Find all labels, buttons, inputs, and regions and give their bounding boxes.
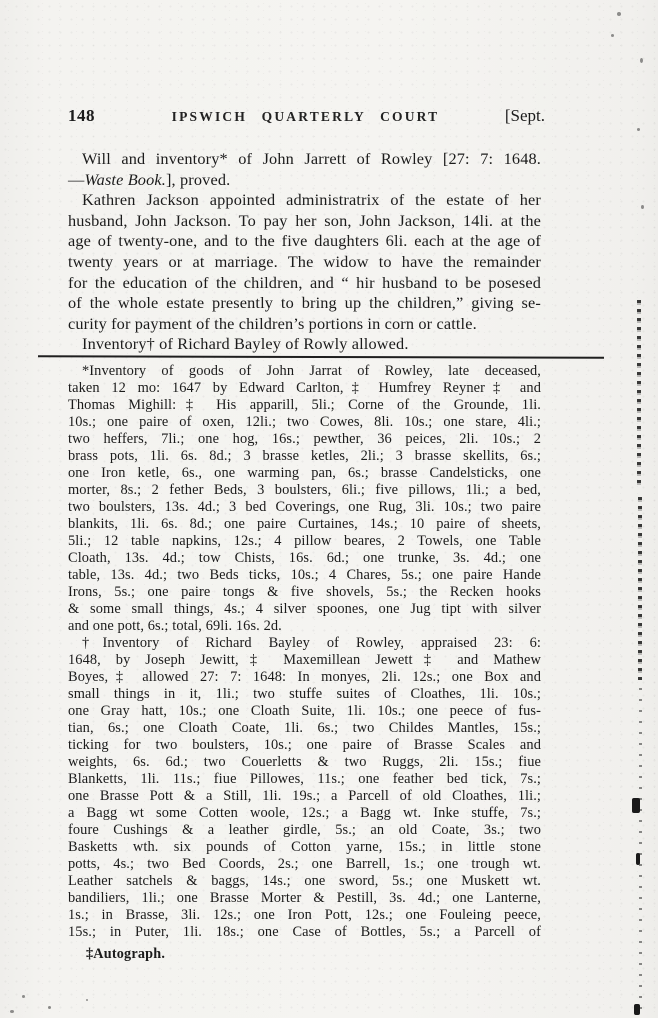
text-line: two boulsters, 13s. 4d.; 3 bed Coverings… [68,499,541,516]
scan-speck-artifact [48,1006,51,1009]
text-line: Leather satchels & baggs, 14s.; one swor… [68,873,541,890]
scan-speck-artifact [22,995,25,998]
scan-blot-artifact [634,1004,640,1015]
running-title: IPSWICH QUARTERLY COURT [138,109,473,125]
main-text: Will and inventory* of John Jarrett of R… [68,149,541,355]
text-line: Basketts wth. six pounds of Cotton yarne… [68,839,541,856]
footnote-separator-rule [38,355,604,358]
text-line: Boyes,‡ allowed 27: 7: 1648: In monyes, … [68,669,541,686]
text-line: curity for payment of the children’s por… [68,314,541,335]
paragraph-inventory-bayley: Inventory† of Richard Bayley of Rowly al… [68,334,541,355]
scan-gutter-artifact [637,300,641,488]
text-line: brass pots, 1li. 6s. 8d.; 3 brasse ketle… [68,448,541,465]
text-line: small things in it, 1li.; two stuffe sui… [68,686,541,703]
text-line: taken 12 mo: 1647 by Edward Carlton,‡ Hu… [68,380,541,397]
scan-speck-artifact [617,12,621,16]
text-line: one Iron ketle, 6s., one warming pan, 6s… [68,465,541,482]
text-line: 1648, by Joseph Jewitt,‡ Maxemillean Jew… [68,652,541,669]
text-line: two heffers, 7li.; one hog, 16s.; pewthe… [68,431,541,448]
footnotes-section: *Inventory of goods of John Jarrat of Ro… [68,363,541,963]
scan-gutter-artifact [638,497,642,680]
scan-speck-artifact [10,1010,14,1013]
text-line: Blanketts, 1li. 11s.; fiue Pillowes, 11s… [68,771,541,788]
text-line: foure Cushings & a leather girdle, 5s.; … [68,822,541,839]
footnote-autograph: ‡Autograph. [68,946,541,963]
text-line: bandiliers, 1li.; one Brasse Morter & Pe… [68,890,541,907]
text-line: husband, John Jackson. To pay her son, J… [68,211,541,232]
page-header: 148 IPSWICH QUARTERLY COURT [Sept. [68,106,545,126]
scan-speck-artifact [641,205,644,209]
text-line: one Brasse Pott & a Still, 1li. 19s.; a … [68,788,541,805]
text-line: 15s.; in Puter, 1li. 18s.; one Case of B… [68,924,541,941]
scan-blot-artifact [632,798,640,813]
paragraph-will-inventory: Will and inventory* of John Jarrett of R… [68,149,541,190]
text-line: Irons, 5s.; one paire tongs & five shove… [68,584,541,601]
text-line: †Inventory of Richard Bayley of Rowley, … [68,635,541,652]
text-line: 10s.; one paire of oxen, 12li.; two Cowe… [68,414,541,431]
scan-gutter-artifact [639,688,642,1010]
footnote-bayley-inventory: †Inventory of Richard Bayley of Rowley, … [68,635,541,941]
text-line: 1s.; in Brasse, 3li. 12s.; one Iron Pott… [68,907,541,924]
text-line: Cloath, 13s. 4d.; tow Chists, 16s. 6d.; … [68,550,541,567]
text-line: table, 13s. 4d.; two Beds ticks, 10s.; 4… [68,567,541,584]
text-line: for the education of the children, and “… [68,273,541,294]
book-page-scan: 148 IPSWICH QUARTERLY COURT [Sept. Will … [0,0,658,1018]
scan-speck-artifact [611,34,614,37]
text-line: Kathren Jackson appointed administratrix… [68,190,541,211]
em-dash: — [68,170,84,189]
header-section-marker: [Sept. [473,106,545,126]
text-line: Inventory† of Richard Bayley of Rowly al… [68,334,541,355]
text-line: ticking for two boulsters, 10s.; one pai… [68,737,541,754]
text-line: a Bagg wt some Cotten woole, 12s.; a Bag… [68,805,541,822]
text-line: & some small things, 4s.; 4 silver spoon… [68,601,541,618]
text-line: Thomas Mighill:‡ His apparill, 5li.; Cor… [68,397,541,414]
scan-blot-artifact [636,853,640,865]
text-line: 5li.; 12 table napkins, 12s.; 4 pillow b… [68,533,541,550]
text-line: weights, 6s. 6d.; two Couerletts & two R… [68,754,541,771]
text-line: twenty years or at marriage. The widow t… [68,252,541,273]
waste-book-italic: Waste Book. [84,170,166,189]
text-line: one Gray hatt, 10s.; one Cloath Suite, 1… [68,703,541,720]
text-line: *Inventory of goods of John Jarrat of Ro… [68,363,541,380]
text-line: —Waste Book.], proved. [68,170,541,191]
scan-speck-artifact [637,128,640,131]
scan-speck-artifact [640,58,643,63]
text-line: of the whole estate presently to bring u… [68,293,541,314]
text-line: Will and inventory* of John Jarrett of R… [68,149,541,170]
proved-text: ], proved. [166,170,230,189]
text-line: potts, 4s.; two Bed Coords, 2s.; one Bar… [68,856,541,873]
text-line: tian, 6s.; one Cloath Coate, 1li. 6s.; t… [68,720,541,737]
text-line: morter, 8s.; 2 fether Beds, 3 boulsters,… [68,482,541,499]
text-line: and one pott, 6s.; total, 69li. 16s. 2d. [68,618,541,635]
page-number: 148 [68,106,138,126]
text-line: age of twenty-one, and to the five daugh… [68,231,541,252]
scan-speck-artifact [86,999,88,1001]
paragraph-kathren-jackson: Kathren Jackson appointed administratrix… [68,190,541,334]
text-line: blankits, 1li. 6s. 8d.; one paire Curtai… [68,516,541,533]
footnote-jarrat-inventory: *Inventory of goods of John Jarrat of Ro… [68,363,541,635]
